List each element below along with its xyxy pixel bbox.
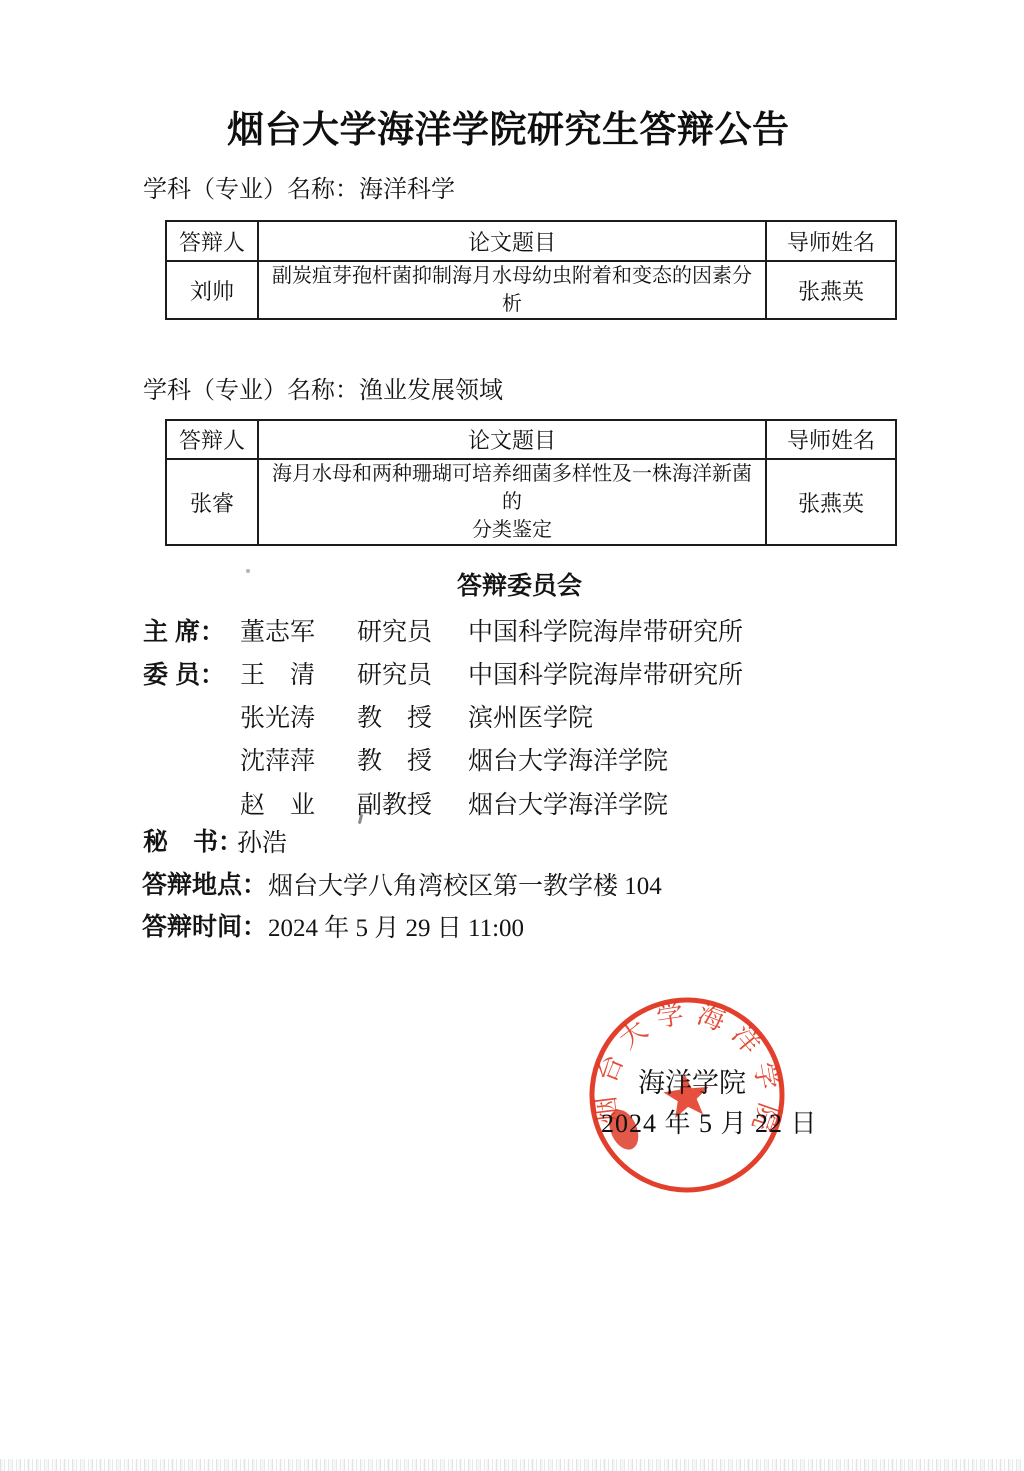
venue-value: 烟台大学八角湾校区第一教学楼 104 [268,866,662,902]
advisor-name: 张燕英 [766,459,896,545]
secretary-name: 孙浩 [237,823,287,859]
member-title: 教 授 [357,741,432,777]
secretary-label: 秘 书： [143,822,243,858]
member-affiliation: 滨州医学院 [468,698,593,734]
member-role-label: 委 员： [143,655,225,691]
defender-name: 张睿 [166,459,258,545]
time-value: 2024 年 5 月 29 日 11:00 [268,908,524,944]
section-2-label: 学科（专业）名称：渔业发展领域 [143,377,503,406]
member-title: 副教授 [357,785,432,821]
col-header-thesis: 论文题目 [258,221,766,261]
col-header-defender: 答辩人 [166,420,258,459]
member-affiliation: 中国科学院海岸带研究所 [468,612,743,648]
member-name: 赵 业 [240,785,315,821]
defense-table-marine-science: 答辩人 论文题目 导师姓名 刘帅 副炭疽芽孢杆菌抑制海月水母幼虫附着和变态的因素… [165,220,897,320]
member-affiliation: 烟台大学海洋学院 [468,741,668,777]
committee-heading: 答辩委员会 [457,566,582,602]
member-role-label: 主 席： [143,612,225,648]
scan-speck [246,569,250,573]
table-row: 刘帅 副炭疽芽孢杆菌抑制海月水母幼虫附着和变态的因素分析 张燕英 [166,261,896,319]
defender-name: 刘帅 [166,261,258,319]
member-title: 研究员 [357,655,432,691]
venue-label: 答辩地点： [142,865,267,901]
member-affiliation: 烟台大学海洋学院 [468,785,668,821]
stamp-signature: 海洋学院 [638,1061,746,1100]
stamp-date: 2024 年 5 月 22 日 [601,1103,818,1140]
scan-edge-artifact [0,1459,1024,1471]
committee-member-row: 委 员： 王 清 研究员 中国科学院海岸带研究所 [143,655,703,685]
member-affiliation: 中国科学院海岸带研究所 [468,655,743,691]
document-page: 烟台大学海洋学院研究生答辩公告 学科（专业）名称：海洋科学 答辩人 论文题目 导… [0,0,1024,1471]
member-name: 王 清 [240,655,315,691]
member-name: 张光涛 [240,698,315,734]
page-title: 烟台大学海洋学院研究生答辩公告 [227,110,790,151]
committee-member-row: 赵 业 副教授 烟台大学海洋学院 [143,785,703,815]
col-header-thesis: 论文题目 [258,420,766,459]
section-1-label: 学科（专业）名称：海洋科学 [143,176,455,205]
committee-member-row: 沈萍萍 教 授 烟台大学海洋学院 [143,741,703,771]
thesis-title: 海月水母和两种珊瑚可培养细菌多样性及一株海洋新菌的 分类鉴定 [258,459,766,545]
member-name: 董志军 [240,612,315,648]
defense-table-fishery-development: 答辩人 论文题目 导师姓名 张睿 海月水母和两种珊瑚可培养细菌多样性及一株海洋新… [165,419,897,546]
committee-member-row: 主 席： 董志军 研究员 中国科学院海岸带研究所 [143,612,703,642]
member-name: 沈萍萍 [240,741,315,777]
table-header-row: 答辩人 论文题目 导师姓名 [166,221,896,261]
advisor-name: 张燕英 [766,261,896,319]
col-header-advisor: 导师姓名 [766,420,896,459]
thesis-title: 副炭疽芽孢杆菌抑制海月水母幼虫附着和变态的因素分析 [258,261,766,319]
member-title: 教 授 [357,698,432,734]
col-header-defender: 答辩人 [166,221,258,261]
member-title: 研究员 [357,612,432,648]
table-row: 张睿 海月水母和两种珊瑚可培养细菌多样性及一株海洋新菌的 分类鉴定 张燕英 [166,459,896,545]
col-header-advisor: 导师姓名 [766,221,896,261]
table-header-row: 答辩人 论文题目 导师姓名 [166,420,896,459]
committee-member-row: 张光涛 教 授 滨州医学院 [143,698,703,728]
time-label: 答辩时间： [142,907,267,943]
